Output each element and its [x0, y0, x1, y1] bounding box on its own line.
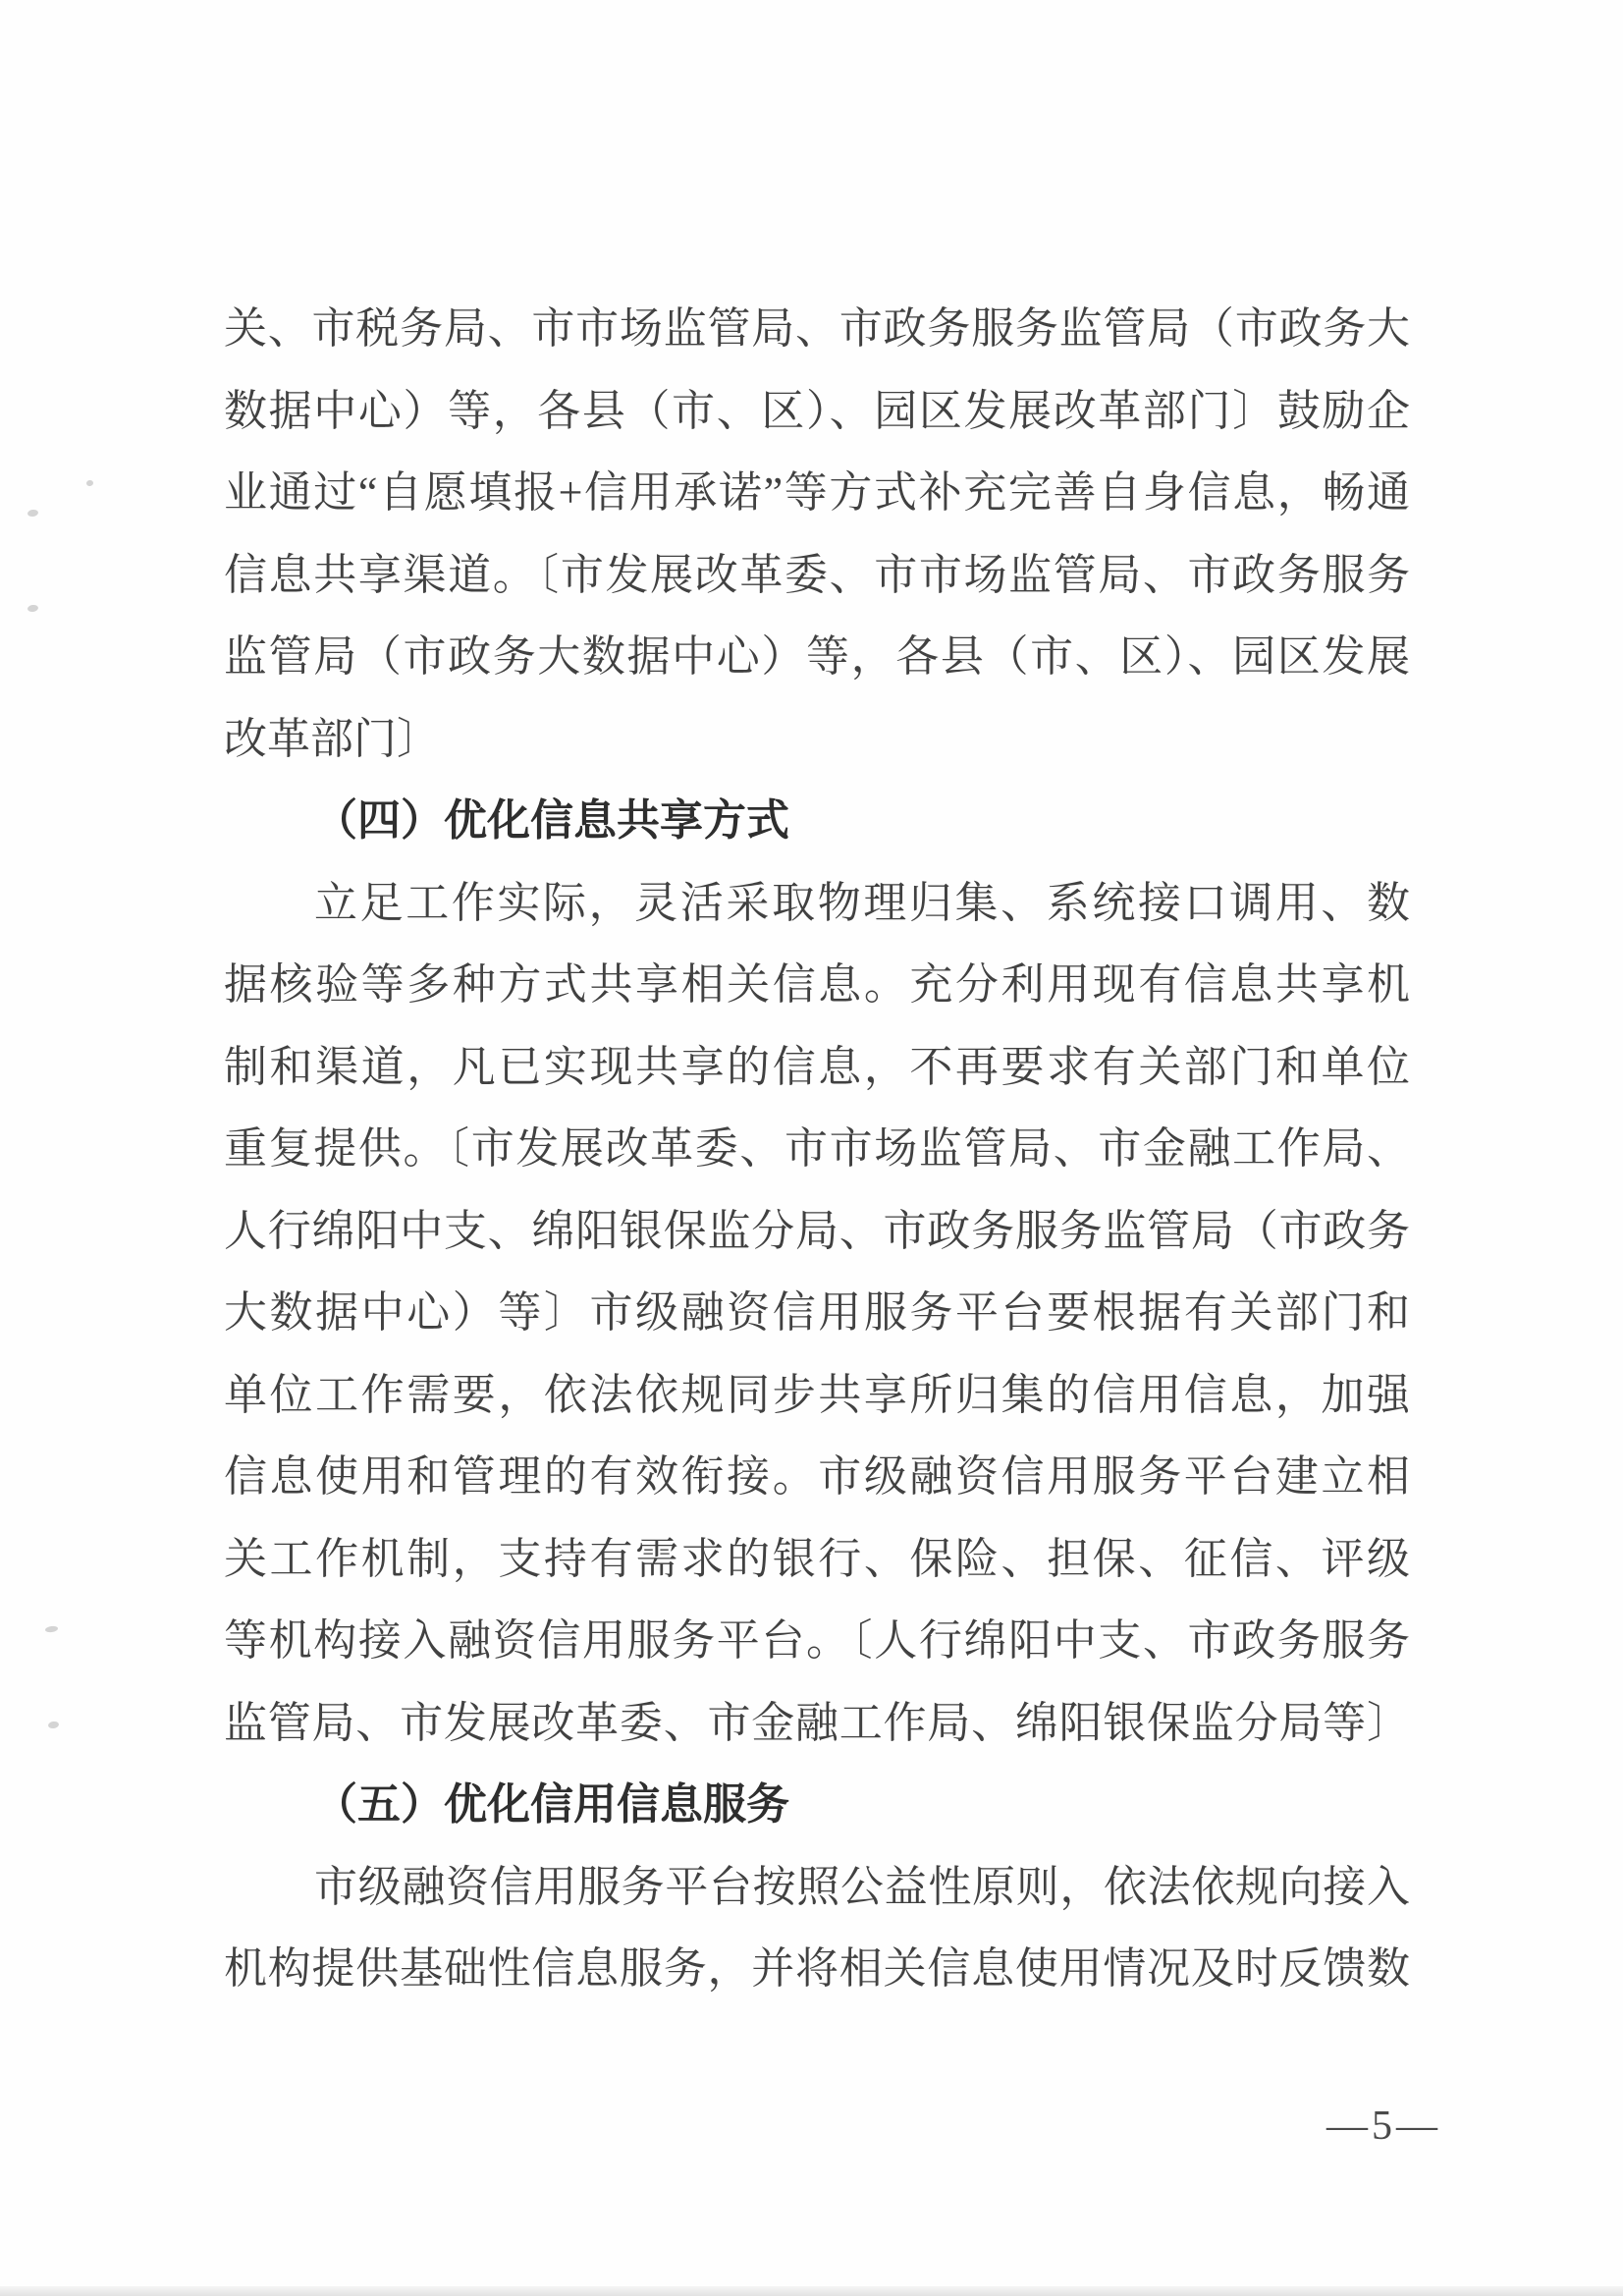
scan-speck: [27, 509, 39, 517]
text-line: 市级融资信用服务平台按照公益性原则，依法依规向接入: [224, 1846, 1410, 1929]
scan-bottom-edge: [0, 2286, 1623, 2296]
text-line: 制和渠道，凡已实现共享的信息，不再要求有关部门和单位: [224, 1026, 1410, 1109]
text-line: 改革部门〕: [224, 698, 1410, 781]
text-line: 据核验等多种方式共享相关信息。充分利用现有信息共享机: [224, 944, 1410, 1026]
text-line: 大数据中心）等〕市级融资信用服务平台要根据有关部门和: [224, 1272, 1410, 1354]
text-line: 关工作机制，支持有需求的银行、保险、担保、征信、评级: [224, 1518, 1410, 1601]
section-heading: （四）优化信息共享方式: [224, 780, 1410, 862]
scan-speck: [45, 1625, 59, 1633]
scan-speck: [27, 604, 39, 612]
text-line: 重复提供。〔市发展改革委、市市场监管局、市金融工作局、: [224, 1108, 1410, 1190]
document-lines: 关、市税务局、市市场监管局、市政务服务监管局（市政务大数据中心）等，各县（市、区…: [224, 288, 1410, 2010]
text-line: 机构提供基础性信息服务，并将相关信息使用情况及时反馈数: [224, 1928, 1410, 2010]
text-line: 立足工作实际，灵活采取物理归集、系统接口调用、数: [224, 862, 1410, 945]
text-line: 监管局（市政务大数据中心）等，各县（市、区）、园区发展: [224, 616, 1410, 698]
scan-speck: [48, 1721, 60, 1728]
text-line: 信息共享渠道。〔市发展改革委、市市场监管局、市政务服务: [224, 534, 1410, 617]
page-number: —5—: [1326, 2102, 1441, 2151]
text-line: 监管局、市发展改革委、市金融工作局、绵阳银保监分局等〕: [224, 1682, 1410, 1765]
text-line: 人行绵阳中支、绵阳银保监分局、市政务服务监管局（市政务: [224, 1190, 1410, 1273]
text-line: 数据中心）等，各县（市、区）、园区发展改革部门〕鼓励企: [224, 370, 1410, 453]
page-number-label: —5—: [1326, 2104, 1441, 2149]
text-line: 信息使用和管理的有效衔接。市级融资信用服务平台建立相: [224, 1436, 1410, 1518]
text-line: 等机构接入融资信用服务平台。〔人行绵阳中支、市政务服务: [224, 1600, 1410, 1682]
scan-speck: [86, 480, 94, 487]
document-page: 关、市税务局、市市场监管局、市政务服务监管局（市政务大数据中心）等，各县（市、区…: [0, 0, 1623, 2296]
text-line: 业通过“自愿填报+信用承诺”等方式补充完善自身信息，畅通: [224, 452, 1410, 534]
section-heading: （五）优化信用信息服务: [224, 1764, 1410, 1846]
text-line: 关、市税务局、市市场监管局、市政务服务监管局（市政务大: [224, 288, 1410, 370]
text-line: 单位工作需要，依法依规同步共享所归集的信用信息，加强: [224, 1354, 1410, 1437]
